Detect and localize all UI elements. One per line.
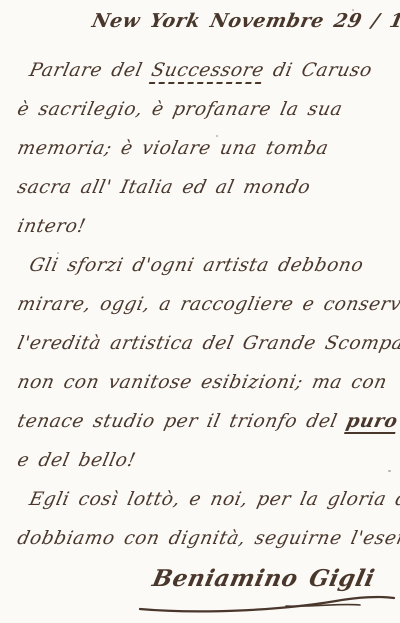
letter-line-text: Gli sforzi d'ogni artista debbono [26, 249, 367, 283]
letter-line-9: non con vanitose esibizioni; ma con [14, 366, 394, 405]
letter-line-3: memoria; è violare una tomba [14, 132, 394, 171]
letter-line-text: dobbiamo con dignità, seguirne l'esempio… [14, 522, 400, 556]
letter-line-8: l'eredità artistica del Grande Scomparso… [14, 327, 394, 366]
paper-speck [57, 252, 59, 254]
letter-line-1: Parlare del Successore di Caruso [26, 54, 394, 93]
signature-flourish [136, 593, 398, 615]
letter-line-text: tenace studio per il trionfo del puro [14, 405, 400, 439]
paper-speck [216, 135, 218, 137]
line-segment: Parlare del [27, 60, 153, 81]
letter-line-text: mirare, oggi, a raccogliere e conservare [14, 288, 400, 322]
paper-speck [331, 300, 333, 303]
letter-line-text: non con vanitose esibizioni; ma con [14, 366, 390, 400]
line-segment: tenace studio per il trionfo del [15, 411, 348, 432]
letter-line-text: l'eredità artistica del Grande Scomparso… [14, 327, 400, 361]
line-segment: di Caruso [262, 60, 375, 81]
letter-line-13: dobbiamo con dignità, seguirne l'esempio… [14, 522, 394, 561]
letter-line-text: sacra all' Italia ed al mondo [14, 171, 314, 205]
paper-speck [388, 470, 391, 472]
letter-line-2: è sacrilegio, è profanare la sua [14, 93, 394, 132]
letter-line-text: Egli così lottò, e noi, per la gloria de… [26, 483, 400, 517]
letter-line-text: memoria; è violare una tomba [14, 132, 332, 166]
letter-line-text: Parlare del Successore di Caruso [26, 54, 375, 88]
letter-page: New York Novembre 29 / 1921 Parlare del … [0, 0, 400, 623]
letter-line-10: tenace studio per il trionfo del puro [14, 405, 394, 444]
letter-line-text: intero! [14, 210, 89, 244]
letter-line-5: intero! [14, 210, 394, 249]
underlined-word-puro: puro [344, 411, 400, 434]
letter-date-text: New York Novembre 29 / 1921 [90, 10, 400, 32]
paper-speck [352, 9, 354, 11]
signature-block: Beniamino Gigli [150, 565, 394, 617]
letter-date: New York Novembre 29 / 1921 [90, 10, 394, 54]
letter-line-7: mirare, oggi, a raccogliere e conservare [14, 288, 394, 327]
letter-line-4: sacra all' Italia ed al mondo [14, 171, 394, 210]
letter-line-text: e del bello! [14, 444, 139, 478]
underlined-word-successore: Successore [149, 60, 266, 84]
letter-line-12: Egli così lottò, e noi, per la gloria de… [26, 483, 394, 522]
signature-text: Beniamino Gigli [150, 565, 377, 592]
letter-line-11: e del bello! [14, 444, 394, 483]
letter-line-text: è sacrilegio, è profanare la sua [14, 93, 346, 127]
letter-line-6: Gli sforzi d'ogni artista debbono [26, 249, 394, 288]
